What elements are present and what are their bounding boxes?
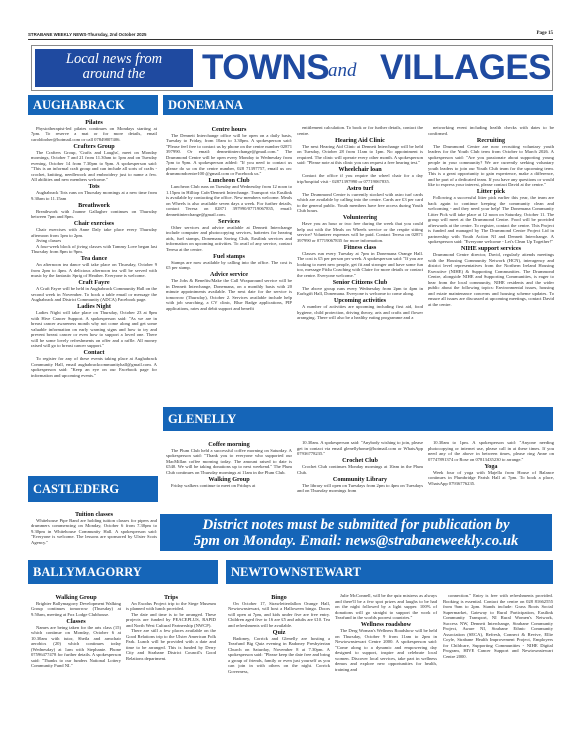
masthead-tagline-box: Local news from around the [35,49,193,87]
article-body: networking event including health checks… [428,125,554,136]
section-header-castlederg: CASTLEDERG [28,476,158,502]
article-heading: Centre hours [166,126,292,133]
article-heading: Tots [31,183,157,190]
article-body: connection." Entry is free with refreshm… [443,593,553,659]
article-body: Contact the office if you require the wh… [297,173,423,184]
article-heading: Crochet Club [297,457,423,464]
article-heading: Quiz [228,629,330,636]
article-body: Whitehouse Pipe Band are holding tuition… [31,518,157,546]
article-body: An afternoon tea dance will take place o… [31,262,157,279]
article-body: Chair exercises with Anne Daly take plac… [31,227,157,238]
article-heading: Community Library [297,476,423,483]
article-body: Ladies Night will take place on Thursday… [31,310,157,349]
donemana-column-2: entitlement calculation. To book or for … [297,125,423,321]
masthead-villages: VILLAGES [380,46,551,90]
article-body: Brighter Ballymagorry Development Walkin… [31,601,121,618]
article-heading: Volunteering [297,214,423,221]
article-heading: Crafters Group [31,143,157,150]
castlederg-column: Tuition classesWhitehouse Pipe Band are … [31,510,157,545]
section-header-donemana: DONEMANA [163,95,553,115]
notice-line1: District notes must be submitted for pub… [160,517,552,533]
masthead-towns: TOWNS [202,46,329,90]
donemana-column-1: Centre hoursThe Dennett Interchange offi… [166,125,292,311]
article-body: On October 17, Strawletterdallon Orange … [228,601,330,629]
article-heading: Yoga [428,463,554,470]
article-heading: Luncheon Club [166,177,292,184]
article-body: Badoney, Corrick and Glenelly are hostin… [228,636,330,675]
submission-notice-banner: District notes must be submitted for pub… [160,514,552,551]
article-body: An Exodus Project trip to the Siege Muse… [126,601,216,612]
article-body: The library will open on Tuesdays from 2… [297,483,423,494]
article-body: The Drummond Centre is currently stocked… [297,192,423,214]
tagline-line1: Local news from [35,52,193,67]
section-header-newtownstewart: NEWTOWNSTEWART [226,560,553,584]
article-body: Crochet Club continues Monday mornings a… [297,464,423,475]
notice-line2: 5pm on Monday. Email: news@strabaneweekl… [160,533,552,549]
ballymagorry-column-1: Walking GroupBrighter Ballymagorry Devel… [31,593,121,669]
article-heading: Tea dance [31,255,157,262]
article-heading: Coffee morning [166,441,292,448]
article-heading: Bingo [228,594,330,601]
article-body: Julie McConnell, will be the quiz mistre… [335,593,437,621]
article-body: There are still a few places available o… [126,628,216,661]
tagline-line2: around the [35,67,193,82]
section-header-glenelly: GLENELLY [163,407,553,431]
article-body: The Plum Club held a successful coffee m… [166,448,292,476]
newtownstewart-column-1: BingoOn October 17, Strawletterdallon Or… [228,593,330,674]
article-body: The Jobs & Benefits/Make the Call Wrapar… [166,278,292,311]
article-heading: Advice service [166,271,292,278]
article-body: The date and time is to be arranged. The… [126,612,216,629]
article-body: Week four of yoga with Majella from Hous… [428,470,554,487]
article-body: The Crafters Group, 'Crafts and Laughs',… [31,150,157,183]
article-body: The above group runs every Wednesday fro… [297,286,423,297]
article-heading: Tuition classes [31,511,157,518]
article-heading: Breathwork [31,202,157,209]
article-body: Names are being taken for the arts class… [31,625,121,669]
article-body: A four-week block of jiving classes with… [31,244,157,255]
donemana-column-3: networking event including health checks… [428,125,554,307]
article-body: Have you an hour or two free during the … [297,221,423,243]
article-heading: Services [166,218,292,225]
article-body: Other services and advice available at D… [166,225,292,253]
article-body: The Derg Woman's Wellness Roadshow will … [335,628,437,672]
article-body: Classes run every Tuesday at 7pm in Done… [297,251,423,279]
article-body: Stamps are now available by calling into… [166,260,292,271]
article-heading: Fuel stamps [166,253,292,260]
article-body: 10.30am. A spokesperson said: "Anybody w… [297,440,423,457]
article-heading: Walking Group [31,594,121,601]
article-heading: Litter pick [428,188,554,195]
article-heading: Trips [126,594,216,601]
newtownstewart-column-3: connection." Entry is free with refreshm… [443,593,553,659]
article-body: entitlement calculation. To book or for … [297,125,423,136]
article-heading: Recruiting [428,137,554,144]
publication-date: STRABANE WEEKLY NEWS-Thursday, 2nd Octob… [28,32,147,37]
article-heading: Fitness class [297,244,423,251]
article-heading: Contact [31,349,157,356]
page-number: Page 15 [536,31,553,36]
article-heading: Pilates [31,119,157,126]
article-heading: Ladies Night [31,303,157,310]
article-heading: Senior Citizens Club [297,279,423,286]
article-body: Breathwork with Joanne Gallagher continu… [31,209,157,220]
article-body: A Craft Fayre will be held in Aughabrack… [31,286,157,303]
article-heading: NIHE support services [428,245,554,252]
article-body: The Dennett Interchange office will be o… [166,133,292,177]
article-heading: Chair exercises [31,220,157,227]
article-body: Following a successful litter pick earli… [428,195,554,245]
article-heading: Astro turf [297,185,423,192]
article-body: Physiotherapist-led pilates continues on… [31,126,157,143]
article-heading: Hearing Aid Clinic [297,137,423,144]
article-heading: Upcoming activities [297,297,423,304]
article-body: Aughabrack Tots runs on Thursday morning… [31,190,157,201]
ballymagorry-column-2: TripsAn Exodus Project trip to the Siege… [126,593,216,661]
masthead-and: and [328,60,357,82]
newtownstewart-column-2: Julie McConnell, will be the quiz mistre… [335,593,437,672]
article-body: 10.30am to 1pm. A spokesperson said: "An… [428,440,554,462]
running-header: STRABANE WEEKLY NEWS-Thursday, 2nd Octob… [28,30,553,40]
article-heading: Classes [31,618,121,625]
article-heading: Walking Group [166,476,292,483]
article-heading: Craft Fayre [31,279,157,286]
section-header-ballymagorry: BALLYMAGORRY [28,560,218,584]
article-body: To register for any of these events taki… [31,356,157,378]
glenelly-column-3: 10.30am to 1pm. A spokesperson said: "An… [428,440,554,486]
section-header-aughabrack: AUGHABRACK [28,95,158,115]
article-body: Drummond Centre director, David, regular… [428,252,554,307]
article-body: The Drummond Centre are now recruiting v… [428,144,554,188]
glenelly-column-2: 10.30am. A spokesperson said: "Anybody w… [297,440,423,494]
masthead-banner: Local news from around the TOWNS and VIL… [31,45,553,91]
article-body: Luncheon Club runs on Tuesday and Wednes… [166,184,292,217]
article-body: The next Hearing Aid Clinic at Dennett I… [297,144,423,166]
glenelly-column-1: Coffee morningThe Plum Club held a succe… [166,440,292,488]
article-heading: Wellness roadshow [335,621,437,628]
article-body: A number of activities are upcoming incl… [297,304,423,321]
aughabrack-column: PilatesPhysiotherapist-led pilates conti… [31,118,157,378]
article-body: Friday walkers continue to meet on Frida… [166,483,292,489]
article-heading: Wheelchair loan [297,166,423,173]
